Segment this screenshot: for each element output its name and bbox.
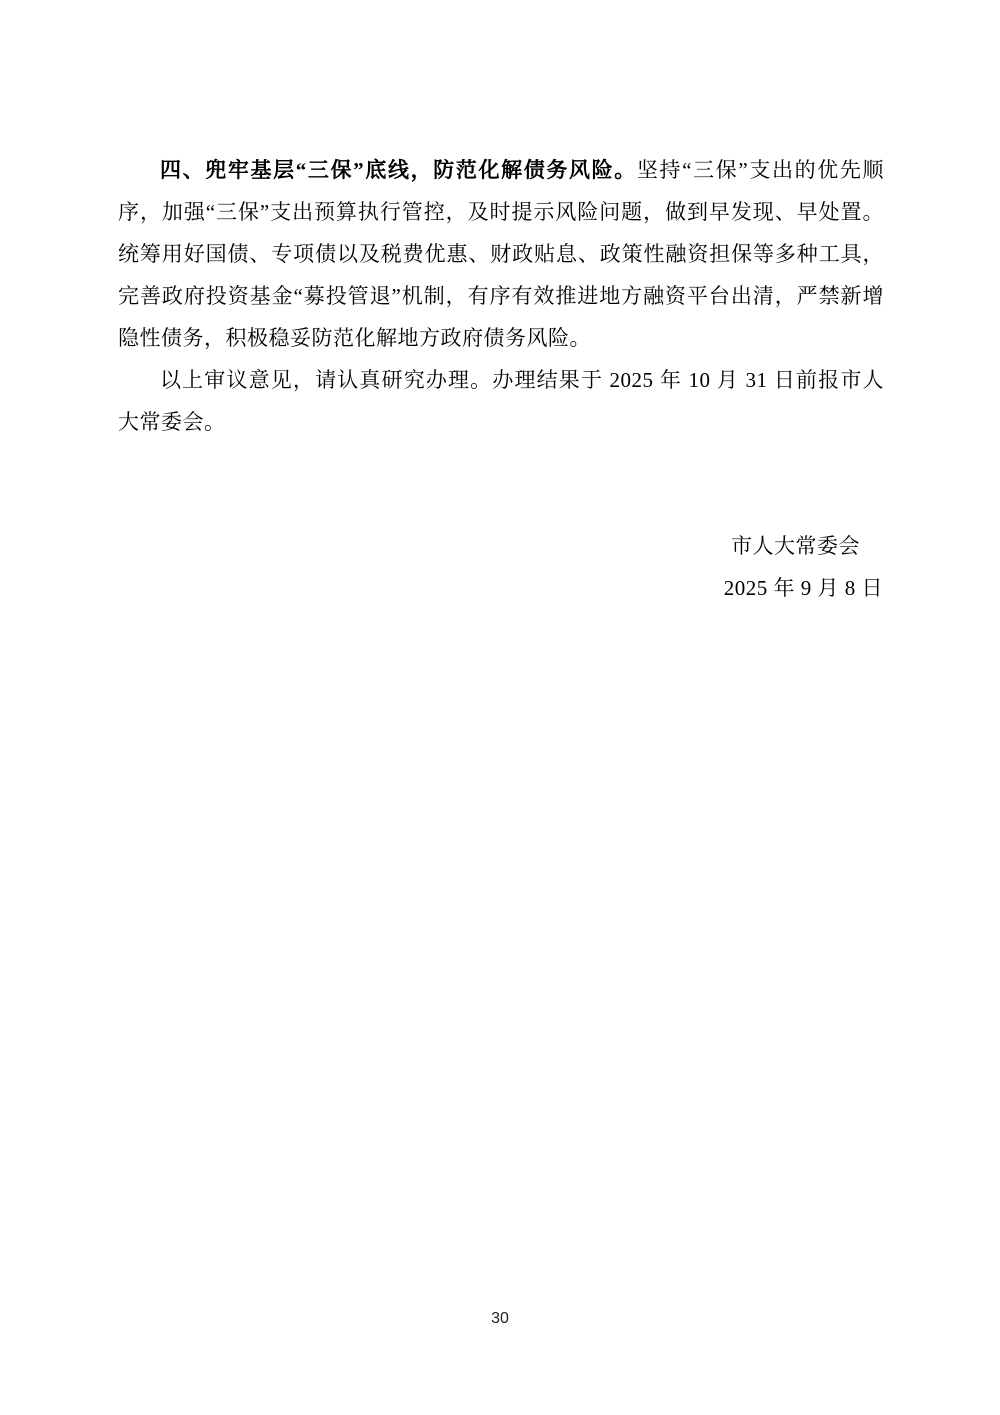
paragraph-2: 以上审议意见，请认真研究办理。办理结果于 2025 年 10 月 31 日前报市… bbox=[118, 359, 884, 443]
paragraph-1-lead-bold: 四、兜牢基层“三保”底线，防范化解债务风险。 bbox=[160, 158, 637, 182]
signature-name: 市人大常委会 bbox=[731, 533, 860, 559]
paragraph-1-text: 坚持“三保”支出的优先顺序，加强“三保”支出预算执行管控，及时提示风险问题，做到… bbox=[118, 158, 884, 350]
signature-date: 2025 年 9 月 8 日 bbox=[724, 575, 883, 601]
page-footer: 30 bbox=[0, 1310, 1000, 1328]
document-page: 四、兜牢基层“三保”底线，防范化解债务风险。坚持“三保”支出的优先顺序，加强“三… bbox=[0, 0, 1000, 1415]
document-body: 四、兜牢基层“三保”底线，防范化解债务风险。坚持“三保”支出的优先顺序，加强“三… bbox=[118, 149, 884, 443]
page-number: 30 bbox=[491, 1310, 509, 1327]
paragraph-1: 四、兜牢基层“三保”底线，防范化解债务风险。坚持“三保”支出的优先顺序，加强“三… bbox=[118, 149, 884, 359]
